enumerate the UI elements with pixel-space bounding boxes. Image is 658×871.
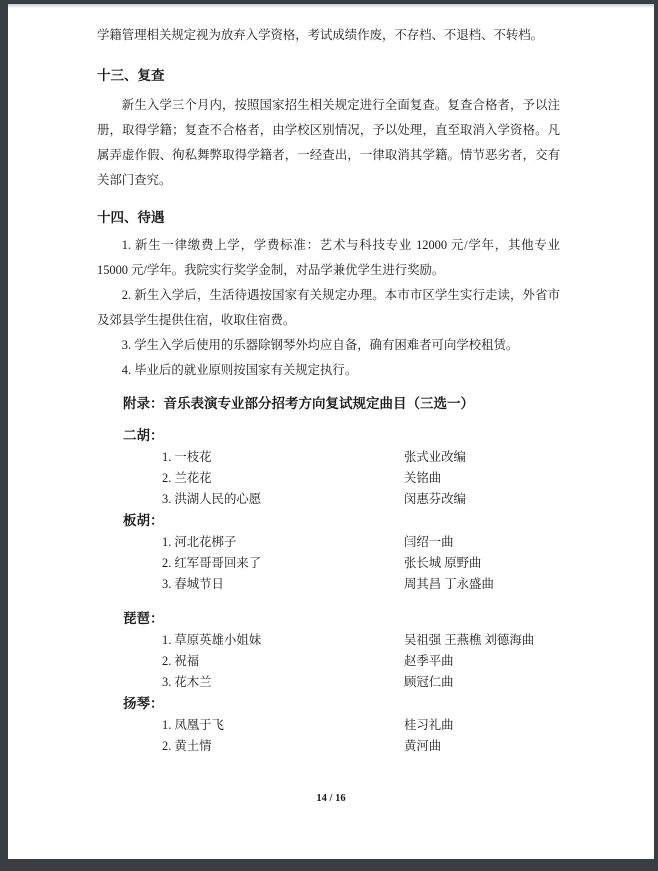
composer-name: 桂习礼曲: [404, 715, 560, 736]
repertoire-row: 1. 河北花梆子 闫绍一曲: [97, 532, 560, 553]
composer-name: 赵季平曲: [404, 651, 560, 672]
repertoire-row: 2. 红军哥哥回来了 张长城 原野曲: [97, 553, 560, 574]
piece-title: 2. 祝福: [162, 651, 404, 672]
piece-title: 1. 河北花梆子: [162, 532, 404, 553]
document-viewer: { "doc": { "intro": "学籍管理相关规定视为放弃入学资格，考试…: [0, 0, 658, 871]
piece-title: 3. 花木兰: [162, 672, 404, 693]
composer-name: 周其昌 丁永盛曲: [404, 574, 560, 595]
piece-title: 1. 草原英雄小姐妹: [162, 630, 404, 651]
piece-title: 3. 洪湖人民的心愿: [162, 489, 404, 510]
appendix-title: 附录：音乐表演专业部分招考方向复试规定曲目（三选一）: [97, 391, 560, 416]
instrument-heading-erhu: 二胡：: [97, 425, 560, 447]
repertoire-row: 3. 洪湖人民的心愿 闵惠芬改编: [97, 489, 560, 510]
document-page: 学籍管理相关规定视为放弃入学资格，考试成绩作废，不存档、不退档、不转档。 十三、…: [8, 4, 654, 859]
composer-name: 张式业改编: [404, 447, 560, 468]
piece-title: 2. 黄土情: [162, 736, 404, 757]
document-content: 学籍管理相关规定视为放弃入学资格，考试成绩作废，不存档、不退档、不转档。 十三、…: [8, 4, 654, 757]
repertoire-row: 1. 凤凰于飞 桂习礼曲: [97, 715, 560, 736]
composer-name: 闵惠芬改编: [404, 489, 560, 510]
intro-continuation-line: 学籍管理相关规定视为放弃入学资格，考试成绩作废，不存档、不退档、不转档。: [97, 23, 560, 48]
instrument-heading-pipa: 琵琶：: [97, 608, 560, 630]
section-13-paragraph: 新生入学三个月内，按照国家招生相关规定进行全面复查。复查合格者，予以注册，取得学…: [97, 93, 560, 193]
piece-title: 1. 凤凰于飞: [162, 715, 404, 736]
section-13-heading: 十三、复查: [97, 63, 560, 88]
composer-name: 张长城 原野曲: [404, 553, 560, 574]
repertoire-row: 2. 兰花花 关铭曲: [97, 468, 560, 489]
repertoire-row: 2. 黄土情 黄河曲: [97, 736, 560, 757]
repertoire-row: 2. 祝福 赵季平曲: [97, 651, 560, 672]
piece-title: 2. 红军哥哥回来了: [162, 553, 404, 574]
composer-name: 吴祖强 王燕樵 刘德海曲: [404, 630, 560, 651]
section-14-item-4: 4. 毕业后的就业原则按国家有关规定执行。: [97, 358, 560, 383]
repertoire-row: 3. 春城节日 周其昌 丁永盛曲: [97, 574, 560, 595]
piece-title: 2. 兰花花: [162, 468, 404, 489]
section-14-heading: 十四、待遇: [97, 205, 560, 230]
instrument-heading-banhu: 板胡：: [97, 510, 560, 532]
repertoire-row: 3. 花木兰 顾冠仁曲: [97, 672, 560, 693]
repertoire-row: 1. 一枝花 张式业改编: [97, 447, 560, 468]
section-14-item-3: 3. 学生入学后使用的乐器除钢琴外均应自备，确有困难者可向学校租赁。: [97, 333, 560, 358]
composer-name: 顾冠仁曲: [404, 672, 560, 693]
section-14-item-2: 2. 新生入学后，生活待遇按国家有关规定办理。本市市区学生实行走读，外省市及郊县…: [97, 283, 560, 333]
composer-name: 闫绍一曲: [404, 532, 560, 553]
piece-title: 1. 一枝花: [162, 447, 404, 468]
section-14-item-1: 1. 新生一律缴费上学，学费标准：艺术与科技专业 12000 元/学年，其他专业…: [97, 233, 560, 283]
page-number: 14 / 16: [8, 793, 654, 805]
repertoire-row: 1. 草原英雄小姐妹 吴祖强 王燕樵 刘德海曲: [97, 630, 560, 651]
section-14-items: 1. 新生一律缴费上学，学费标准：艺术与科技专业 12000 元/学年，其他专业…: [97, 233, 560, 383]
composer-name: 关铭曲: [404, 468, 560, 489]
instrument-heading-yangqin: 扬琴：: [97, 693, 560, 715]
composer-name: 黄河曲: [404, 736, 560, 757]
piece-title: 3. 春城节日: [162, 574, 404, 595]
